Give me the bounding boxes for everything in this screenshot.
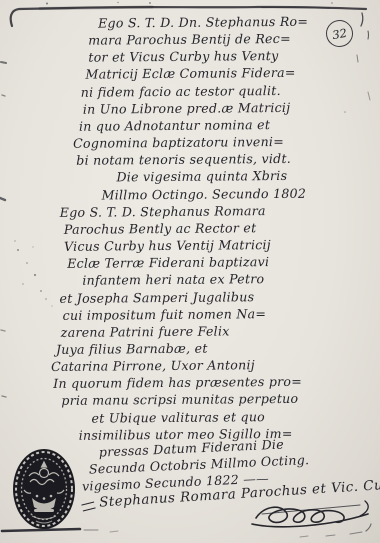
manuscript-page: 32 Ego S. T. D. Dn. Stephanus Ro= mara P… — [0, 0, 380, 543]
manuscript-text-block: Ego S. T. D. Dn. Stephanus Ro= mara Paro… — [48, 12, 362, 512]
manuscript-line: Die vigesima quinta Xbris — [116, 167, 359, 186]
